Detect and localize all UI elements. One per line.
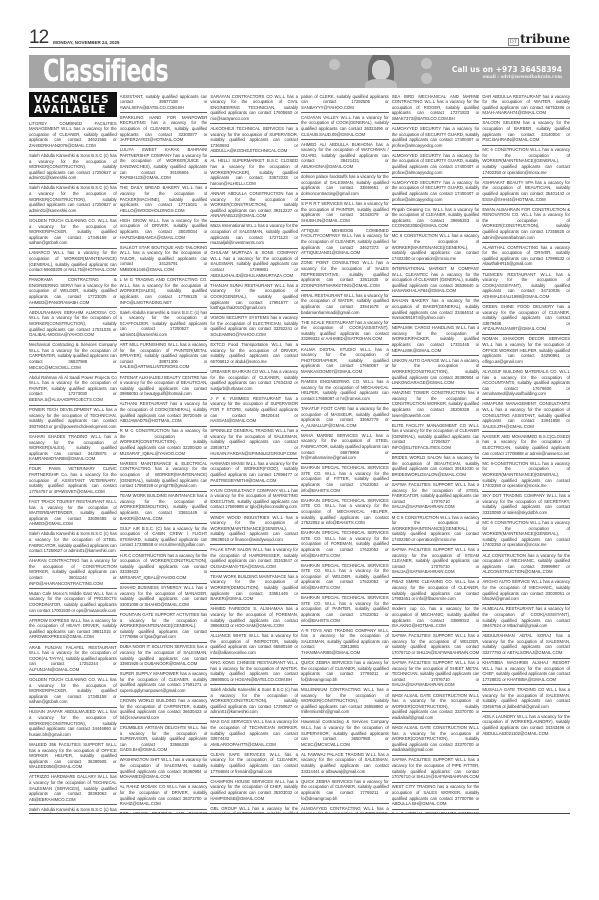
classified-ad: K L C VIRTUAL RESTAURANTS COMPANY W.L.L … [392,810,480,813]
phone-icon [421,58,432,69]
contact-phone: Call us on +973 36458394 [452,65,562,74]
column-5: SEA BIRD MECHANICAL AND MARINE CONTRACTI… [392,89,480,813]
classified-ad: AMAZING TOWER CONSTRUCTION has a vacancy… [392,389,480,421]
classified-ad: RAMSIS ENGINEERING CO. W.L.L has a vacan… [301,378,389,405]
classified-ad: ATTIQUE MEHBOOB COMBINED FACILITYCOMPANY… [301,226,389,258]
classified-ad: THANJAI SUNAI RESTAURANT W.L.L has a vac… [210,281,298,313]
classified-ad: ZONE POINT CONSULTING W.L.L has a vacanc… [301,259,389,291]
classified-ad: NOMAN SHAKOOR DECOR SERVICES W.L.L has a… [482,335,570,367]
classified-ad: Saleh Abdulla Kameshki & Sons B.S.C (c) … [29,530,117,557]
classified-ad: SKY DOT TRADING COMPANY W.L.L has a vaca… [482,492,570,519]
classified-ad: FIBAZ SMIRE CLEANING CO. W.L.L has a vac… [392,578,480,605]
classified-ad: H.R.C CONSTRUCTION has a vacancy for the… [120,551,208,583]
classified-ad: SPINNILEZ GENERAL TRADING W.L.L has a va… [210,427,298,459]
classified-ad: BAHRAIN SPECIAL TECHNICAL SERVICES SITE … [301,529,389,561]
classified-ad: Abdul Rahman Ali Al Saadi Power Projects… [29,373,117,405]
classified-ad: QUICK ZEBRA SERVICES has a vacancy for t… [301,777,389,804]
classified-ad: FAST TRACK TOURIST RESTAURANT W.L.L has … [29,497,117,529]
classified-ad: TEAM WORK BUILDING MAINTANACE has a vaca… [120,492,208,524]
classified-ad: FOUNTAIN GATE SUPPORT ACTIVITIES has a v… [120,610,208,642]
classified-ad: ALMOAYYED SECURITY has a vacancy for the… [392,151,480,178]
classified-ad: MC 6-CONSTRUCTION W.L.L has a vacancy fo… [482,459,570,491]
classified-ad: LAMARCO W.L.L has a vacancy for the occu… [29,249,117,276]
classified-ad: TAKATUF FOOT CARE has a vacancy for the … [301,404,389,431]
classified-ad: BAHRAIN SPECIAL TECHNICAL SERVICES SITE … [301,594,389,626]
classified-ad: MC 6 CONSTRUCTION W.L.L has a vacancy fo… [392,232,480,264]
classified-ad: DUBA NOOR IT SOLUTION SERVICES has a vac… [120,643,208,670]
classified-ad: LITGREY COMBINED FACILITIES MANAGEMENT W… [29,119,117,151]
classified-ad: ASHRAKAT BEAUTY SPA has a vacancy for th… [482,178,570,205]
classified-ad: KYLIN CONSULTANCY COMPANY W.L.L has a va… [210,486,298,513]
classified-ad: Mechanical Contracting & Services Compan… [29,341,117,373]
classified-ad: Maza International W.L.L has a vacancy f… [210,222,298,249]
heading-line-2: AVAILABLE [34,105,113,115]
classified-ad: ALMEALAL RESTAURANT has a vacancy for th… [482,605,570,632]
classified-ad: ALYUSUF BUILDING MATERIALS CO. W.L.L has… [482,367,570,399]
classified-ad: WALEED 356 FACILITIES SUPPORT W.L.L has … [29,740,117,772]
classified-ad: FOUR PAWS VETERINARY CLINIC PARTNERSHIP … [29,465,117,497]
classified-ad: L M G TRADING AND CONTRACTING CO. W.L.L … [120,276,208,308]
classified-ad: WADI ALSAIL GATE CONSTRUCTION W.L.L has … [392,691,480,723]
mascot-illustration [355,55,407,88]
classified-ad: AHMED ALI ABDULLA BUKHONA has a vacancy … [301,140,389,172]
classified-ad: ALZ CONSTRUCTION has a vacancy for the o… [482,551,570,578]
classified-ad: ABDULRAHMAN ABTAL SORAJ has a vacancy fo… [482,632,570,659]
classifieds-columns: VACANCIES AVAILABLE LITGREY COMBINED FAC… [29,89,570,814]
classified-ad: ATTRIZZO HARDWARE GALLARY W.L.L has a va… [29,773,117,805]
classified-ad: Saleh Abdulla Kameshki & Sons B.S.C (c) … [120,308,208,340]
classified-ad: AFRROW EXPRESS W.L.L has a vacancy for t… [29,616,117,643]
contact-info: Call us on +973 36458394 email : advt@ne… [452,65,562,80]
classified-ad: THE SCALE RESTAURANT has a vacancy for t… [301,318,389,345]
classified-ad: FATENAT ALKHALEEJ BEAUTY CENTRE has a va… [120,373,208,400]
classified-ad: GOLDEN TOUCH CLEANING CO. W.L.L has a va… [29,216,117,248]
classified-ad: Saleh Abdulla Kameshki & Sons B.S.C (c) … [29,184,117,216]
column-2: ASSISTANT, suitably qualified applicants… [120,89,208,813]
contact-email: email : advt@newsofbahrain.com [452,75,562,80]
classified-ad: ADILA LAUNDRY W.L.L has a vacancy for th… [482,712,570,738]
classified-ad: SPARKLING HAND FOR MANPOWER RECRUITING h… [120,113,208,145]
classified-ad: LINKON AUTO GARAGE W.L.L has a vacancy f… [392,356,480,388]
classified-ad: GBL GROUP W.L.L has a vacancy for the oc… [210,804,298,813]
classified-ad: FALAK STAR SALON W.L.L has a vacancy for… [210,545,298,572]
classified-ad: ABDULRAHMAN EBRAHIM ALMOOSA CO. W.L.L ha… [29,308,117,340]
classified-ad: R M C CONSTRUCTION has a vacancy for the… [120,427,208,459]
classified-ad: BAHRAIN SPECIAL TECHNICAL SERVICES SITE … [301,464,389,496]
classified-ad: AL FAWWAJ PALACE TRADING W.L.L has a vac… [301,750,389,777]
classified-ad: AHMED FAIREOOS S. ALSHAMAA has a vacancy… [210,605,298,632]
classified-ad: VISION SECURITY SYSTEMS has a vacancy fo… [210,314,298,341]
classified-ad: SALOON SELEEM has a vacancy for the occu… [482,119,570,146]
classified-ad: A R TOYS AND TRADING COMPANY W.L.L has a… [301,626,389,658]
classified-ad: WEST CITY TRADING has a vacancy for the … [392,783,480,810]
classified-ad: CROWN WORLD BUILDING has a vacancy for t… [120,697,208,724]
globe-icon [421,73,432,84]
classified-ad: ALTHANI RESTAURANT has a vacancy for the… [120,400,208,427]
banner-title: Classifieds [43,55,168,88]
classified-ad: MC 6 CONSTRUCTION W.L.L has a vacancy fo… [482,146,570,178]
classified-ad: SEA BIRD MECHANICAL AND MARINE CONTRACTI… [392,92,480,124]
classified-ad: MC 6 CONSTRUCTION W.L.L has a vacancy fo… [482,519,570,551]
classified-ad: dolmon palace foodstuffs has a vacancy f… [301,173,389,200]
column-6: DAR ABDULLA RESTAURANT has a vacancy for… [482,89,570,813]
classified-ad: SAFWA FACILITIES SUPPORT W.L.L has a vac… [392,545,480,577]
classified-ad: MILLENNIUM CONTRACTING W.L.L has a vacan… [301,685,389,717]
classified-ad: TEAM WORK BUILDING MAINTANACE has a vaca… [210,572,298,604]
classified-ad: HIGH GROW W.L.L has a vacancy for the oc… [120,216,208,243]
classified-ad: NASSER ABD MOHAMMED B.S.C(CLOSED) has a … [482,432,570,459]
classified-ad: URBASER BAHRAIN CO W.L.L has a vacancy f… [210,367,298,394]
classified-ad: MAX GAS SERVICES W.L.L has a vacancy for… [210,718,298,750]
classified-ad: CAGAYAN VALLEY W.L.L has a vacancy for t… [301,113,389,140]
classifieds-banner: Classifieds Call us on +973 36458394 ema… [29,55,570,88]
classified-ad: ELITE FACILITY MANAGEMENT CO W.L.L has a… [392,421,480,453]
classified-ad: Hawamail Contracting & Services Company … [301,718,389,750]
classified-ad: SHAHID BUSINESS SYNERGY W.L.L has a vaca… [120,584,208,611]
classified-ad: SAFWA FACILITIES SUPPORT W.L.L has a vac… [392,481,480,513]
classified-ad: CHAMPION HOUSE SERVICES W.L.L has a vaca… [210,777,298,804]
classified-ad: BAHRAIN SPECIAL TECHNICAL SERVICES SITE … [301,561,389,593]
classified-ad: MUSALLA GATE TRADING CO W.L.L has a vaca… [482,685,570,712]
classified-ad: HAMANDI MANSI W.L.L has a vacancy for th… [210,459,298,486]
masthead-logo: DT tribune [508,32,570,46]
classified-ad: QUICK ZEBRA SERVICES has a vacancy for t… [301,659,389,686]
classified-ad: M C 6 CONSTRUCTION W.L.L has a vacancy f… [392,513,480,545]
classified-ad: ALMOAYYED CONTRACTING W.L.L has a vacanc… [301,804,389,813]
classified-ad: DAR ABDULLA RESTAURANT has a vacancy for… [482,92,570,119]
classified-ad: Saleh Abdulla Kameshki & Sons B.S.C (c) … [29,805,117,813]
classified-ad: GULF AIR B.S.C. (C) has a vacancy for th… [120,524,208,551]
classified-ad: CRUMBLES ARTISAN DELIGHTS W.L.L has a va… [120,724,208,756]
classified-ad: WINDY WOOD INDUSTRIES W.L.L has a vacanc… [210,513,298,545]
classified-ad: ANNAR ABDULLA CONSTRUCTION has a vacancy… [210,189,298,221]
classified-ad: PANORAMA CONTRACTING & ENGINEERING SERVI… [29,276,117,308]
masthead-name: tribune [520,32,570,46]
classified-ad: GOLDEN TOUCH CLEANING CO. W.L.L has a va… [29,675,117,707]
column-1: VACANCIES AVAILABLE LITGREY COMBINED FAC… [29,89,117,813]
classified-ad: THE DAILY BREAD BAKERY W.L.L has a vacan… [120,184,208,216]
classified-ad: KING KONG CHINESE RESTAURANT W.L.L has a… [210,659,298,686]
classified-ad: AL HELLI SUPERMARKET B.S.C CLOSED has a … [210,157,298,189]
classified-ad: SAHARI SHADES TRADING W.L.L has a vacanc… [29,433,117,465]
classified-ad: SAFWA FACILITIES SUPPORT W.L.L has a vac… [392,756,480,783]
classified-ad: INTERNATIONAL MARKET M COMPANY W.L.L CLE… [392,264,480,296]
page-number: 12 [29,29,48,47]
classified-ad: BAHJAN BAKERY has a vacancy for the occu… [392,297,480,324]
classified-ad: ALKOOHEJI TECHNICAL SERVICES has a vacan… [210,124,298,156]
classified-ad: WADI ALSAIL GATE CONSTRUCTION W.L.L has … [392,724,480,756]
column-4: pation of CLERK, suitably qualified appl… [301,89,389,813]
classified-ad: NAREES MAINTENANCE & ELECTRICAL CONTRACT… [120,459,208,491]
column-3: SARAYAN CONTRACTORS CO W.L.L has a vacan… [210,89,298,813]
classified-ad: Mutan Cafe Moroc's Middle East W.L.L has… [29,589,117,616]
classified-ad: POWER TECH DEVELOPMENT W.L.L has a vacan… [29,406,117,433]
classified-ad: ARGHO AUTO SERVICE W.L.L has a vacancy f… [482,578,570,605]
classified-ad: ALAWTHAL CONTRACTING has a vacancy for t… [482,243,570,270]
classified-ad: EXTCO Food Transportation W.L.L has a va… [210,341,298,368]
classified-ad: HIMAPUNI MANAGEMENT CONSULTANTS W.L.L ha… [482,400,570,432]
classified-ad: BRIDES WORLD SALON has a vacancy for the… [392,454,480,481]
classified-ad: J F K YUMMIES RESTAURANT has a vacancy f… [210,394,298,426]
classified-ad: ASSISTANT, suitably qualified applicants… [120,92,208,113]
classified-ad: WASHINGTON SHIT W.L.L has a vacancy for … [120,756,208,783]
classified-ad: HIRAL RESTAURANT W.L.L has a vacancy for… [301,291,389,318]
classified-ad: HUSAIN JAAFAR ABDULMAJEED W.L.L has a va… [29,708,117,740]
page-date: MONDAY, NOVEMBER 24, 2025 [53,40,119,45]
classified-ad: SAFWA FACILITIES SUPPORT W.L.L has a vac… [392,632,480,659]
classified-ad: ALLIANCE WHITE W.L.L has a vacancy for t… [210,632,298,659]
classified-ad: TLEMCEN RESTAURANT W.L.L has a vacancy f… [482,270,570,302]
classified-ad: S P R R T SERVICES W.L.L has a vacancy f… [301,200,389,227]
classified-ad: GREEN SHINE FOOD DELIVERY has a vacancy … [482,303,570,335]
classified-ad: BOB HOUSE PRINTING AND PACKING SERVICES … [120,810,208,813]
classified-ad: AHARAN CONTRACTING has a vacancy for the… [29,557,117,589]
classified-ad: SUPER SUPPLY MANPOWER has a vacancy for … [120,670,208,697]
classified-ad: Pinpah Cleaning Co. W.L.L has a vacancy … [392,205,480,232]
classified-ad: modern cup co. has a vacancy for the occ… [392,605,480,632]
classified-ad: ALMOAYYED SECURITY has a vacancy for the… [392,178,480,205]
classified-ad: Saleh Abdulla Kameshki & Sons B.S.C (c) … [210,685,298,717]
classified-ad: CLEAN SAFE SERVICES W.L.L has a vacancy … [210,750,298,777]
classified-ad: EWAN ALBAHRAIN FOR CONSTRUCTION & RENOVA… [482,205,570,243]
page-header: 12 MONDAY, NOVEMBER 24, 2025 DT tribune [29,28,570,48]
classified-ad: ART MILL FURNISHING W.L.L has a vacancy … [120,341,208,373]
classified-ad: BAHRAIN SPECIAL TECHNICAL SERVICES SITE … [301,496,389,528]
classified-ad: SARAYAN CONTRACTORS CO W.L.L has a vacan… [210,92,298,124]
classified-ad: GHULAM MURTAZA & SONS COMPANY W.L.L has … [210,249,298,281]
classified-ad: ALMOAYYED SECURITY has a vacancy for the… [392,124,480,151]
classified-ad: MAHA MARINE SERVICES W.L.L has a vacancy… [301,431,389,463]
classified-ad: LULIYA SWEET KARAK BAHRAINI PARTNERSHIP … [120,146,208,184]
classified-ad: KALMA DIGITAL STUDIO W.L.L has a vacancy… [301,345,389,377]
vacancies-available-heading: VACANCIES AVAILABLE [29,92,117,117]
mail-icon [329,59,340,70]
classified-ad: pation of CLERK, suitably qualified appl… [301,92,389,113]
classified-ad: AL RAHIZ MOSAIK CO W.L.L has a vacancy f… [120,783,208,810]
classified-ad: Saleh Abdulla Kameshki & Sons B.S.C (c) … [29,151,117,183]
classified-ad: KHATIBBA MAGHRIBI ALSHAJ RESORT W.L.L ha… [482,659,570,686]
masthead-prefix: DT [508,38,519,46]
classified-ad: SAFWA FACILITIES SUPPORT W.L.L has a vac… [392,659,480,691]
classified-ad: SIALKOT STAR BOUTIQUE AND TAILORING W.L.… [120,243,208,275]
classified-ad: NEPALMIK CARGO HANDLING W.L.L has a vaca… [392,324,480,356]
classified-ad: ARAB FUNJAN FALAFEL RESTAURANT W.L.L has… [29,643,117,675]
